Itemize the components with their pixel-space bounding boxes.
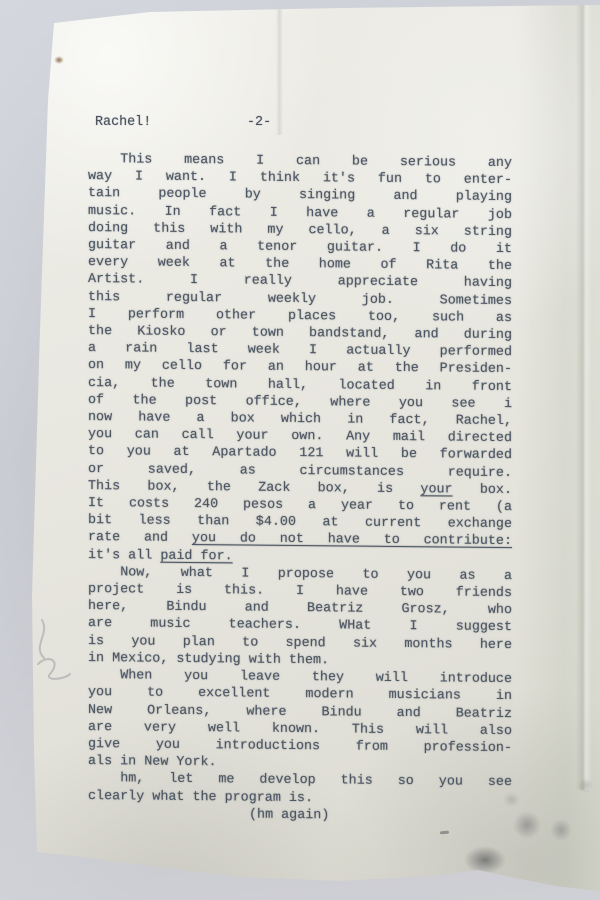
letter-paper: Rachel! -2- This means I can be serious … (0, 0, 600, 900)
ink-smudge (550, 819, 572, 841)
line-text: (hm again) (249, 807, 329, 823)
pencil-scribble (24, 612, 88, 704)
underlined-text: paid for. (160, 548, 232, 564)
fold-crease-right (576, 0, 592, 790)
line-text: it's all (88, 548, 160, 564)
line-text: you to excellent modern musicians in (88, 685, 512, 704)
line-text: box. (453, 482, 512, 498)
line-text: rate and (88, 530, 192, 546)
ink-smudge (578, 778, 593, 793)
underlined-text: your (420, 482, 452, 497)
typed-line: (hm again) (88, 805, 512, 826)
line-text: als in New York. (88, 754, 217, 770)
page-number: -2- (247, 115, 271, 130)
ink-smudge (464, 846, 506, 874)
line-text: This box, the Zack box, is (88, 479, 420, 497)
ink-smudge (513, 811, 541, 839)
paper-stain (54, 56, 64, 64)
line-text: hm, let me develop this so you see (120, 772, 512, 791)
stray-pen-mark (440, 831, 449, 835)
letter-header: Rachel! -2- (95, 115, 435, 130)
line-text: clearly what the program is. (88, 789, 313, 806)
line-text: in Mexico, studying with them. (88, 651, 329, 668)
salutation: Rachel! (95, 115, 151, 130)
photo-background: Rachel! -2- This means I can be serious … (0, 0, 600, 900)
letter-body: This means I can be serious anyway I wan… (88, 151, 512, 826)
underlined-text: you do not have to contribute: (192, 531, 512, 549)
